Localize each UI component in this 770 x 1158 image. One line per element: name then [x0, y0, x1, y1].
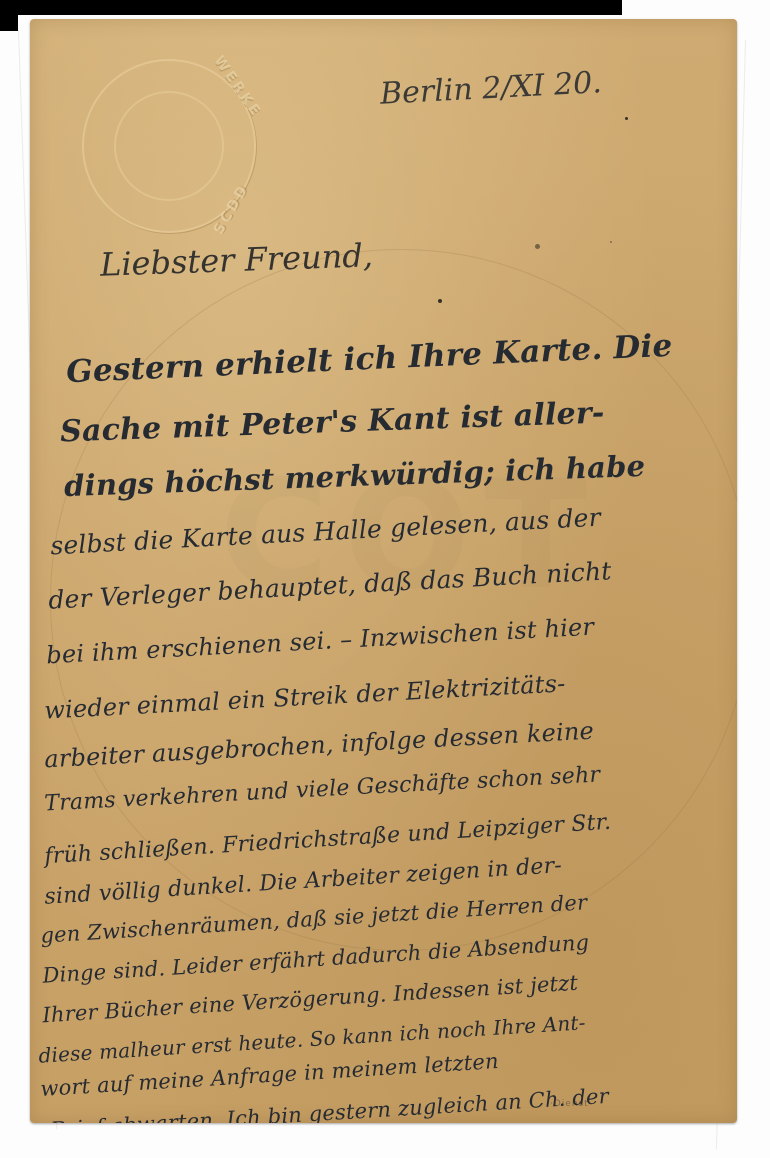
ink-speck: [625, 117, 628, 120]
redaction-bar-corner: [0, 15, 18, 31]
ink-speck: [438, 299, 442, 303]
embossed-seal-top-text: WERKE: [211, 53, 265, 121]
printer-mark: ·Dienst·: [550, 1099, 593, 1109]
postcard: WERKE SCDD COT Berlin 2/XI 20. Liebster …: [30, 19, 737, 1123]
scanned-page: WERKE SCDD COT Berlin 2/XI 20. Liebster …: [0, 0, 770, 1158]
ink-speck: [610, 241, 612, 243]
embossed-seal: WERKE SCDD: [82, 59, 256, 233]
embossed-seal-bottom-text: SCDD: [211, 181, 253, 237]
embossed-seal-inner-ring: [114, 91, 224, 201]
ink-speck: [535, 244, 540, 249]
redaction-bar: [0, 0, 622, 15]
letter-dateline: Berlin 2/XI 20.: [379, 65, 602, 112]
